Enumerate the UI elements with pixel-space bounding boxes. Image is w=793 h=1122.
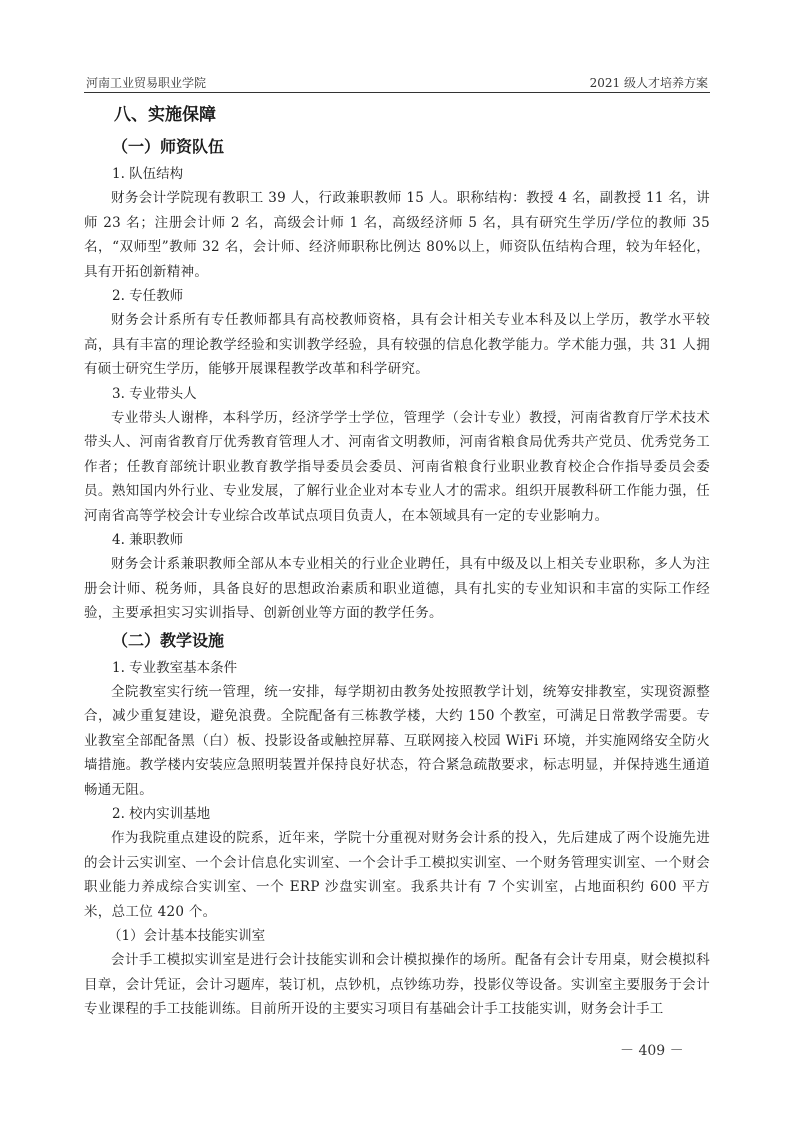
section-title-faculty: （一）师资队伍 [112, 132, 710, 162]
paragraph-training-base: 作为我院重点建设的院系，近年来，学院十分重视对财务会计系的投入，先后建成了两个设… [84, 826, 710, 924]
paragraph-program-leader: 专业带头人谢桦，本科学历，经济学学士学位，管理学（会计专业）教授，河南省教育厅学… [84, 406, 710, 529]
subheading-fulltime-teachers: 2. 专任教师 [112, 284, 710, 308]
page-header: 河南工业贸易职业学院 2021 级人才培养方案 [84, 72, 710, 93]
subheading-team-structure: 1. 队伍结构 [112, 162, 710, 186]
subheading-basic-skills-lab: （1）会计基本技能实训室 [108, 924, 710, 948]
subheading-classrooms: 1. 专业教室基本条件 [112, 656, 710, 680]
page-number: － 409 － [620, 1040, 684, 1060]
paragraph-team-structure: 财务会计学院现有教职工 39 人，行政兼职教师 15 人。职称结构：教授 4 名… [84, 186, 710, 284]
page-body: 八、实施保障 （一）师资队伍 1. 队伍结构 财务会计学院现有教职工 39 人，… [84, 98, 710, 1022]
chapter-title: 八、实施保障 [114, 98, 710, 132]
header-institution: 河南工业贸易职业学院 [86, 74, 206, 91]
subheading-training-base: 2. 校内实训基地 [112, 802, 710, 826]
header-document-title: 2021 级人才培养方案 [590, 74, 708, 91]
subheading-program-leader: 3. 专业带头人 [112, 382, 710, 406]
paragraph-classrooms: 全院教室实行统一管理，统一安排，每学期初由教务处按照教学计划，统筹安排教室，实现… [84, 680, 710, 803]
subheading-parttime-teachers: 4. 兼职教师 [112, 528, 710, 552]
paragraph-parttime-teachers: 财务会计系兼职教师全部从本专业相关的行业企业聘任，具有中级及以上相关专业职称，多… [84, 552, 710, 626]
section-title-facilities: （二）教学设施 [112, 626, 710, 656]
paragraph-basic-skills-lab: 会计手工模拟实训室是进行会计技能实训和会计模拟操作的场所。配备有会计专用桌，财会… [84, 948, 710, 1022]
paragraph-fulltime-teachers: 财务会计系所有专任教师都具有高校教师资格，具有会计相关专业本科及以上学历，教学水… [84, 308, 710, 382]
